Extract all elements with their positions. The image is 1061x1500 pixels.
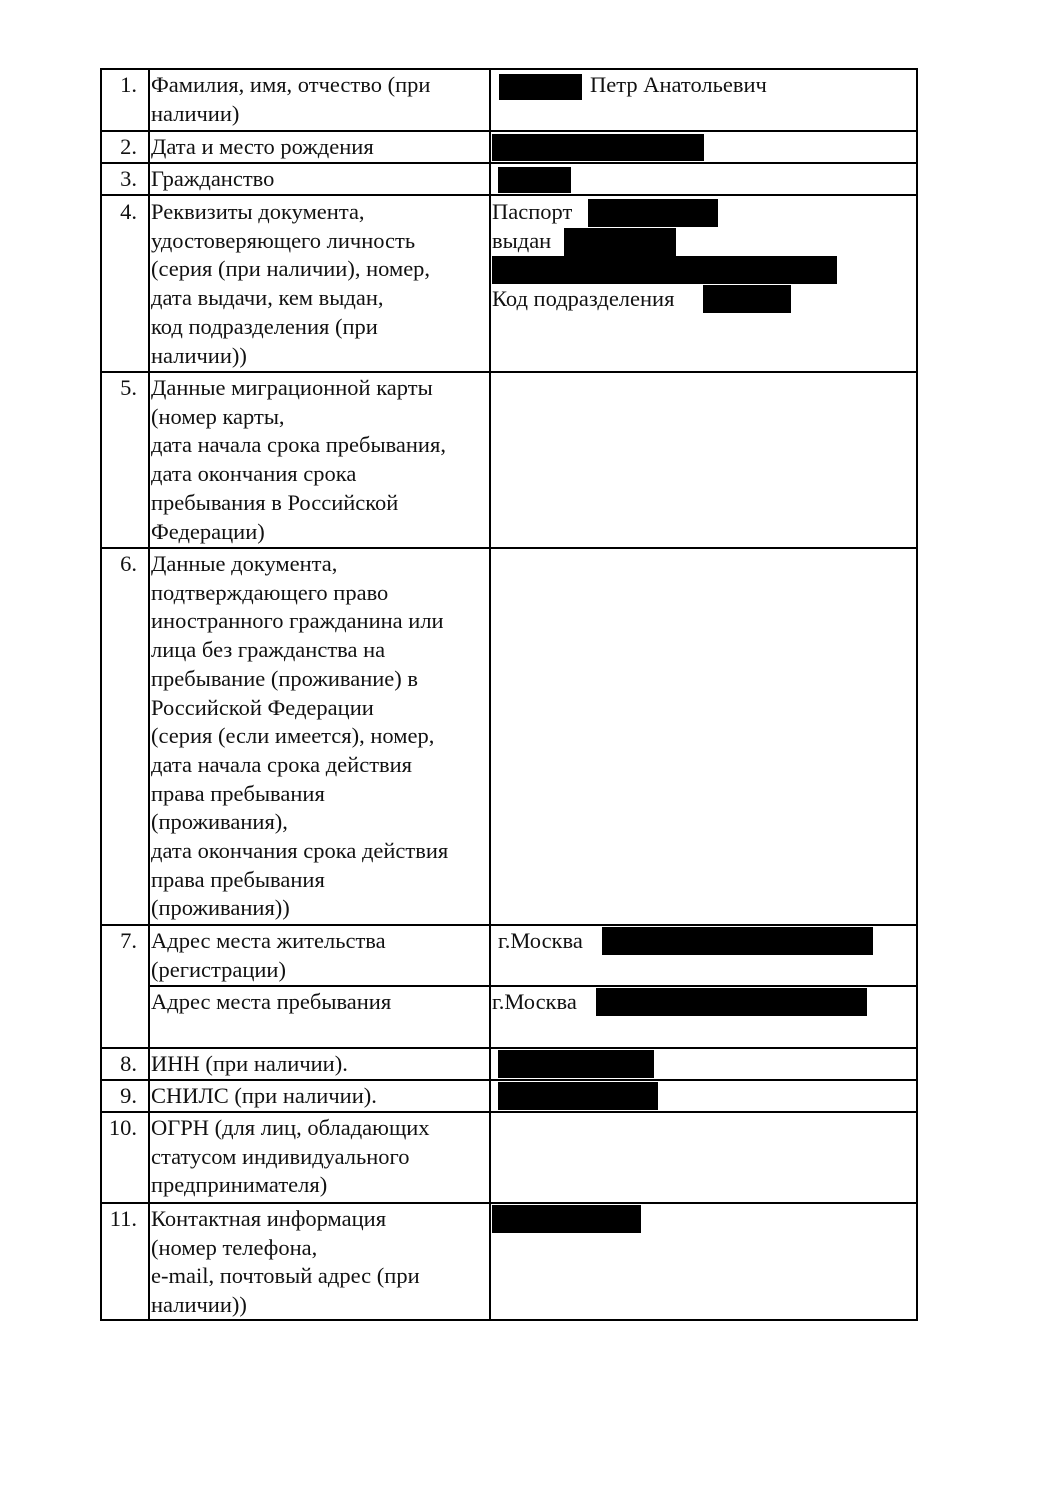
- personal-data-table: 1. Фамилия, имя, отчество (при наличии) …: [100, 68, 918, 1321]
- row-number: 2.: [102, 133, 137, 162]
- full-name-value: Петр Анатольевич: [590, 71, 910, 100]
- row-divider: [100, 1047, 918, 1049]
- redacted-snils: [498, 1082, 658, 1110]
- row-label: Данные документа, подтверждающего право …: [151, 550, 487, 923]
- column-divider-1: [148, 68, 150, 1321]
- row-divider: [100, 1202, 918, 1204]
- row-divider: [100, 130, 918, 132]
- issued-by-label: выдан: [492, 227, 572, 256]
- redacted-department-code: [703, 285, 791, 313]
- row-label: Гражданство: [151, 165, 487, 194]
- redacted-citizenship: [498, 167, 571, 193]
- row-label: СНИЛС (при наличии).: [151, 1082, 487, 1111]
- row-divider: [100, 547, 918, 549]
- redacted-stay-address: [596, 988, 867, 1016]
- row-divider: [100, 924, 918, 926]
- row-divider: [100, 162, 918, 164]
- row-label: Данные миграционной карты (номер карты, …: [151, 374, 487, 546]
- row-number: 1.: [102, 71, 137, 100]
- row-label: Дата и место рождения: [151, 133, 487, 162]
- row-number: 3.: [102, 165, 137, 194]
- redacted-birth-data: [492, 134, 704, 161]
- table-border-right: [916, 68, 918, 1321]
- redacted-passport-number: [588, 199, 718, 227]
- row-divider: [100, 371, 918, 373]
- row-number: 6.: [102, 550, 137, 579]
- stay-city: г.Москва: [492, 988, 602, 1017]
- table-border-top: [100, 68, 918, 70]
- row-number: 5.: [102, 374, 137, 403]
- redacted-residence-address: [602, 927, 873, 955]
- column-divider-2: [489, 68, 491, 1321]
- redacted-inn: [498, 1050, 654, 1078]
- department-code-label: Код подразделения: [492, 285, 712, 314]
- row-label: Реквизиты документа, удостоверяющего лич…: [151, 198, 487, 370]
- row-number: 7.: [102, 927, 137, 956]
- redacted-issuing-authority: [492, 256, 837, 284]
- row-number: 8.: [102, 1050, 137, 1079]
- row-subdivider: [148, 985, 918, 987]
- document-page: 1. Фамилия, имя, отчество (при наличии) …: [0, 0, 1061, 1500]
- row-divider: [100, 194, 918, 196]
- row-sublabel: Адрес места пребывания: [151, 988, 487, 1017]
- row-number: 9.: [102, 1082, 137, 1111]
- row-label: Фамилия, имя, отчество (при наличии): [151, 71, 487, 128]
- row-number: 11.: [102, 1205, 137, 1234]
- redacted-contact-info: [492, 1205, 641, 1233]
- row-divider: [100, 1079, 918, 1081]
- residence-city: г.Москва: [498, 927, 608, 956]
- row-divider: [100, 1111, 918, 1113]
- row-label: Контактная информация (номер телефона, e…: [151, 1205, 487, 1320]
- row-label: Адрес места жительства (регистрации): [151, 927, 487, 984]
- row-label: ОГРН (для лиц, обладающих статусом индив…: [151, 1114, 487, 1200]
- row-number: 4.: [102, 198, 137, 227]
- row-label: ИНН (при наличии).: [151, 1050, 487, 1079]
- passport-label: Паспорт: [492, 198, 592, 227]
- redacted-issue-date: [564, 228, 676, 256]
- row-number: 10.: [102, 1114, 137, 1143]
- redacted-surname: [499, 74, 582, 100]
